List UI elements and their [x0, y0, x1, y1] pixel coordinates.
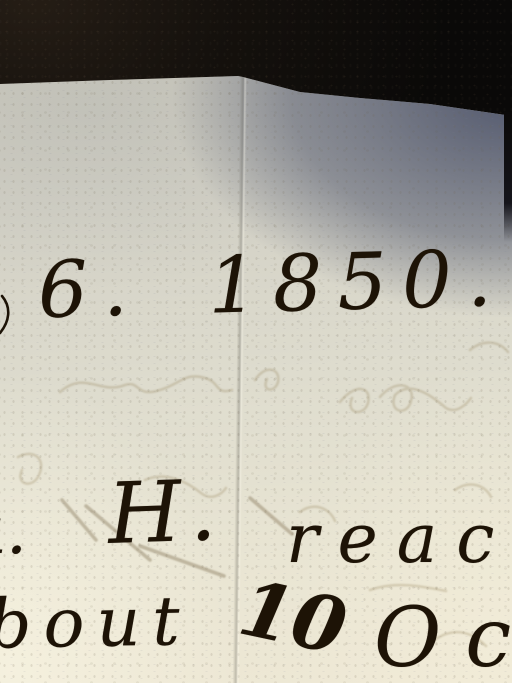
handwriting-word-oclock: Oc — [374, 598, 512, 680]
letter-photo: 6. 1850. k. H. reac bout 10 Oc — [0, 0, 512, 683]
handwriting-partial-letter: k. — [0, 498, 27, 564]
handwriting-number: 10 — [233, 570, 352, 666]
handwriting-date-line: 6. 1850. — [37, 240, 507, 330]
handwriting-word-bout: bout — [0, 588, 192, 660]
handwriting-word-reac: reac — [286, 506, 512, 574]
paper-edge-gap — [504, 112, 512, 242]
handwriting-initial: H. — [107, 468, 226, 556]
